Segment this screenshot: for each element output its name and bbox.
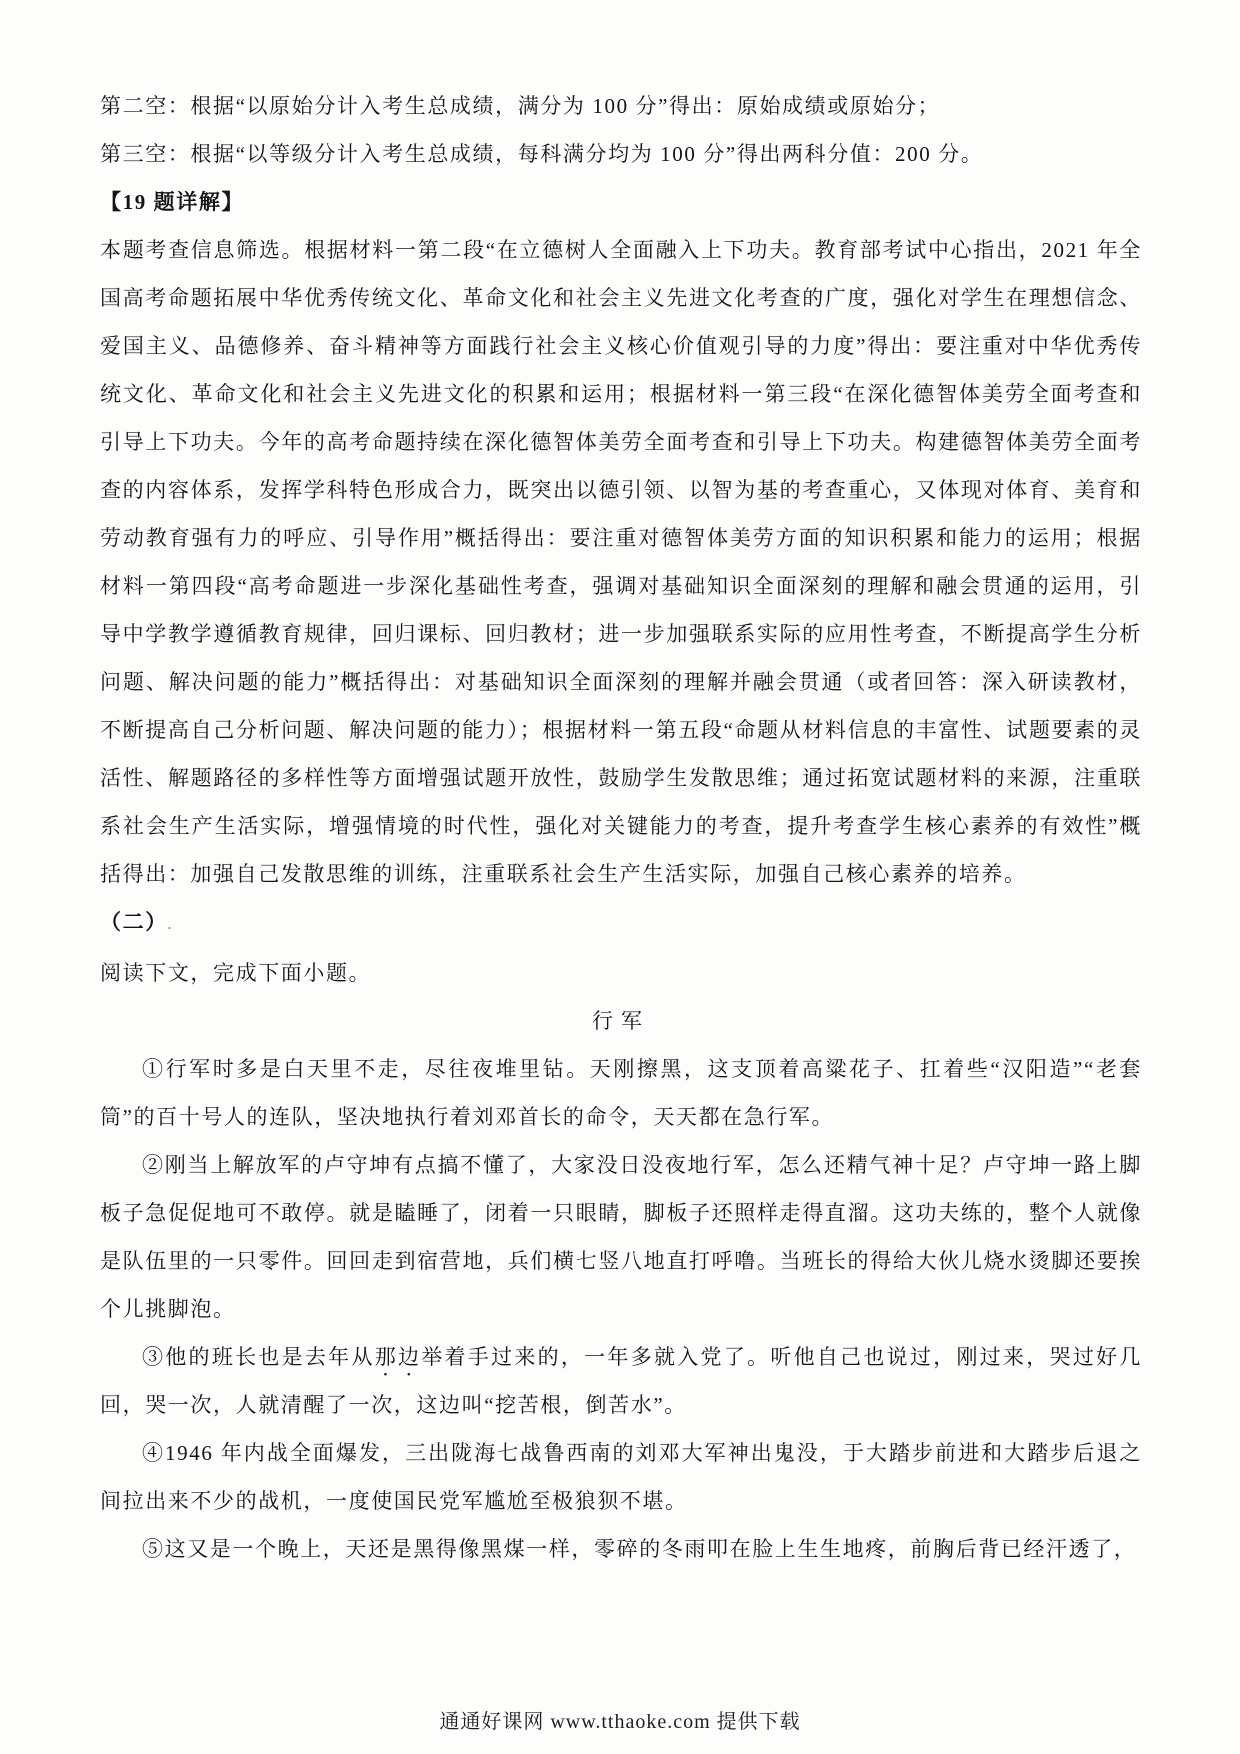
document-content: 第二空：根据“以原始分计入考生总成绩，满分为 100 分”得出：原始成绩或原始分… [100,82,1142,1573]
paragraph: ③他的班长也是去年从那边举着手过来的，一年多就入党了。听他自己也说过，刚过来，哭… [100,1333,1142,1429]
paragraph: 本题考查信息筛选。根据材料一第二段“在立德树人全面融入上下功夫。教育部考试中心指… [100,226,1142,898]
text-run: 行军 [592,1009,650,1033]
story-title: 行军 [100,997,1142,1045]
text-run: ⑤这又是一个晚上，天还是黑得像黑煤一样，零碎的冬雨叩在脸上生生地疼，前胸后背已经… [142,1537,1136,1561]
paragraph: ②刚当上解放军的卢守坤有点搞不懂了，大家没日没夜地行军，怎么还精气神十足？卢守坤… [100,1141,1142,1333]
text-run: ①行军时多是白天里不走，尽往夜堆里钻。天刚擦黑，这支顶着高粱花子、扛着些“汉阳造… [100,1057,1142,1129]
text-run: ②刚当上解放军的卢守坤有点搞不懂了，大家没日没夜地行军，怎么还精气神十足？卢守坤… [100,1153,1142,1321]
text-run: 阅读下文，完成下面小题。 [100,961,371,985]
text-run: 第二空：根据“以原始分计入考生总成绩，满分为 100 分”得出：原始成绩或原始分… [100,94,940,118]
paragraph: 阅读下文，完成下面小题。 [100,949,1142,997]
section-heading: 【19 题详解】 [100,178,1142,226]
text-run: ③他的班长也是去年从 [142,1345,375,1369]
paragraph: ⑤这又是一个晚上，天还是黑得像黑煤一样，零碎的冬雨叩在脸上生生地疼，前胸后背已经… [100,1525,1142,1573]
text-run: ④1946 年内战全面爆发，三出陇海七战鲁西南的刘邓大军神出鬼没，于大踏步前进和… [100,1441,1142,1513]
document-page: 第二空：根据“以原始分计入考生总成绩，满分为 100 分”得出：原始成绩或原始分… [0,0,1240,1754]
paragraph: 第三空：根据“以等级分计入考生总成绩，每科满分均为 100 分”得出两科分值：2… [100,130,1142,178]
emphasized-text: 那边 [375,1345,422,1369]
text-run: 第三空：根据“以等级分计入考生总成绩，每科满分均为 100 分”得出两科分值：2… [100,142,983,166]
text-run: 【19 题详解】 [100,190,244,214]
stray-scan-mark: . [168,917,171,932]
paragraph: 第二空：根据“以原始分计入考生总成绩，满分为 100 分”得出：原始成绩或原始分… [100,82,1142,130]
paragraph: ④1946 年内战全面爆发，三出陇海七战鲁西南的刘邓大军神出鬼没，于大踏步前进和… [100,1429,1142,1525]
text-run: （二） [100,910,168,934]
paragraph: ①行军时多是白天里不走，尽往夜堆里钻。天刚擦黑，这支顶着高粱花子、扛着些“汉阳造… [100,1045,1142,1141]
section-heading: （二）. [100,898,1142,949]
text-run: 本题考查信息筛选。根据材料一第二段“在立德树人全面融入上下功夫。教育部考试中心指… [100,238,1142,886]
page-footer: 通通好课网 www.tthaoke.com 提供下载 [0,1705,1240,1734]
